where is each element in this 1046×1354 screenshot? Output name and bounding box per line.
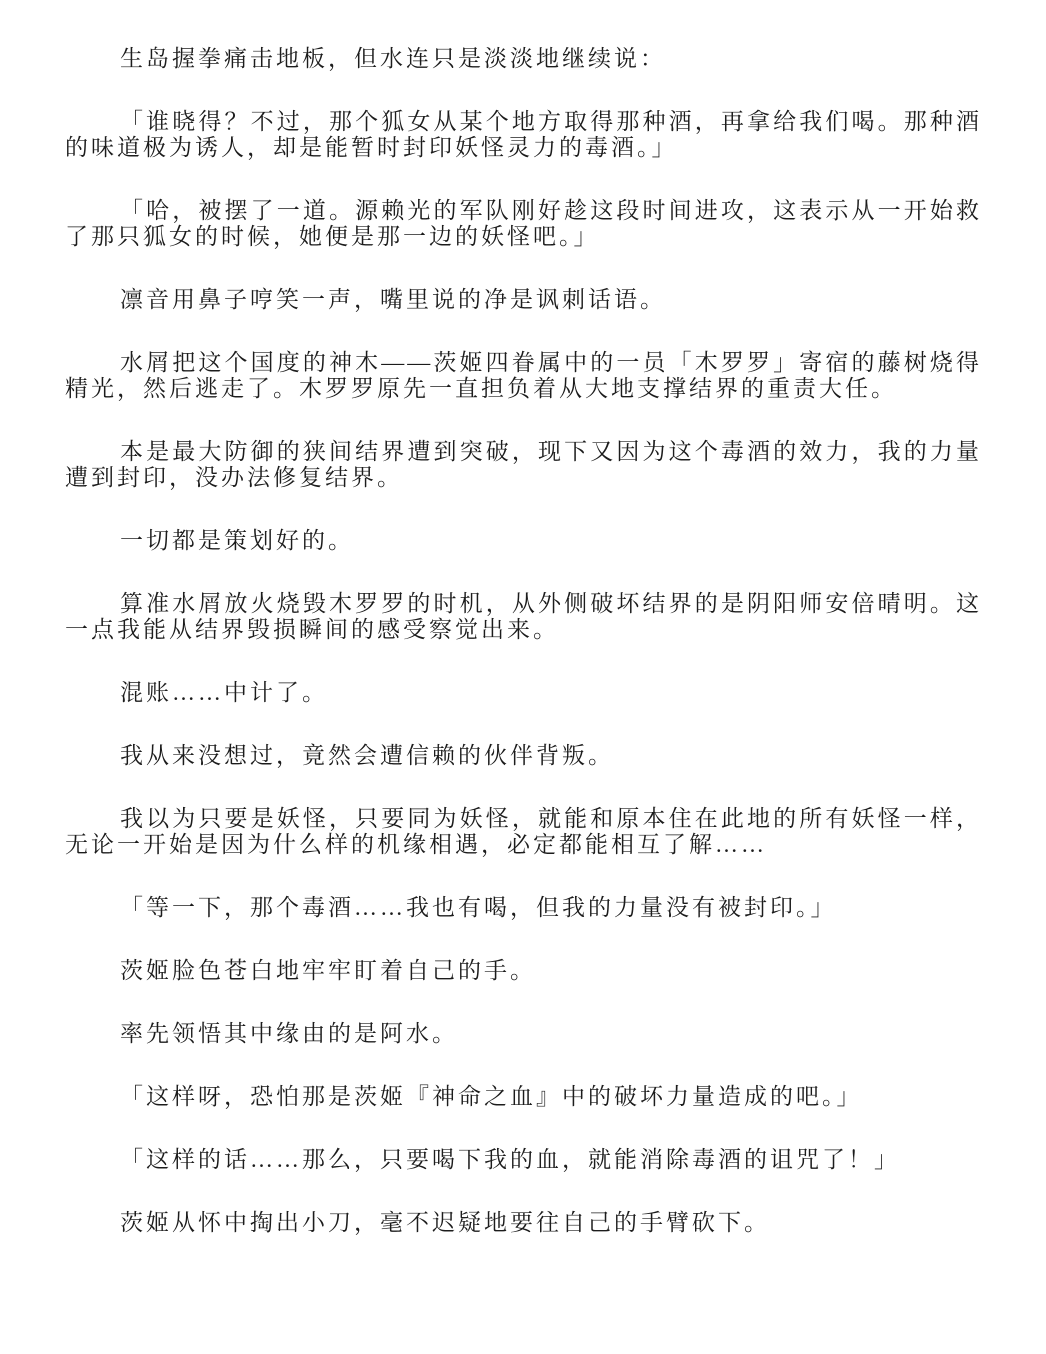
paragraph-16: 「这样的话……那么，只要喝下我的血，就能消除毒酒的诅咒了！」	[65, 1147, 982, 1173]
paragraph-6: 本是最大防御的狭间结界遭到突破，现下又因为这个毒酒的效力，我的力量遭到封印，没办…	[65, 439, 982, 491]
paragraph-10: 我从来没想过，竟然会遭信赖的伙伴背叛。	[65, 743, 982, 769]
paragraph-2: 「谁晓得？不过，那个狐女从某个地方取得那种酒，再拿给我们喝。那种酒的味道极为诱人…	[65, 109, 982, 161]
paragraph-12: 「等一下，那个毒酒……我也有喝，但我的力量没有被封印。」	[65, 895, 982, 921]
paragraph-1: 生岛握拳痛击地板，但水连只是淡淡地继续说：	[65, 46, 982, 72]
paragraph-5: 水屑把这个国度的神木——茨姬四眷属中的一员「木罗罗」寄宿的藤树烧得精光，然后逃走…	[65, 350, 982, 402]
paragraph-13: 茨姬脸色苍白地牢牢盯着自己的手。	[65, 958, 982, 984]
paragraph-11: 我以为只要是妖怪，只要同为妖怪，就能和原本住在此地的所有妖怪一样，无论一开始是因…	[65, 806, 982, 858]
paragraph-8: 算准水屑放火烧毁木罗罗的时机，从外侧破坏结界的是阴阳师安倍晴明。这一点我能从结界…	[65, 591, 982, 643]
paragraph-15: 「这样呀，恐怕那是茨姬『神命之血』中的破坏力量造成的吧。」	[65, 1084, 982, 1110]
paragraph-4: 凛音用鼻子哼笑一声，嘴里说的净是讽刺话语。	[65, 287, 982, 313]
paragraph-7: 一切都是策划好的。	[65, 528, 982, 554]
paragraph-3: 「哈，被摆了一道。源赖光的军队刚好趁这段时间进攻，这表示从一开始救了那只狐女的时…	[65, 198, 982, 250]
paragraph-17: 茨姬从怀中掏出小刀，毫不迟疑地要往自己的手臂砍下。	[65, 1210, 982, 1236]
paragraph-14: 率先领悟其中缘由的是阿水。	[65, 1021, 982, 1047]
paragraph-9: 混账……中计了。	[65, 680, 982, 706]
novel-page: 生岛握拳痛击地板，但水连只是淡淡地继续说： 「谁晓得？不过，那个狐女从某个地方取…	[0, 0, 1046, 1354]
